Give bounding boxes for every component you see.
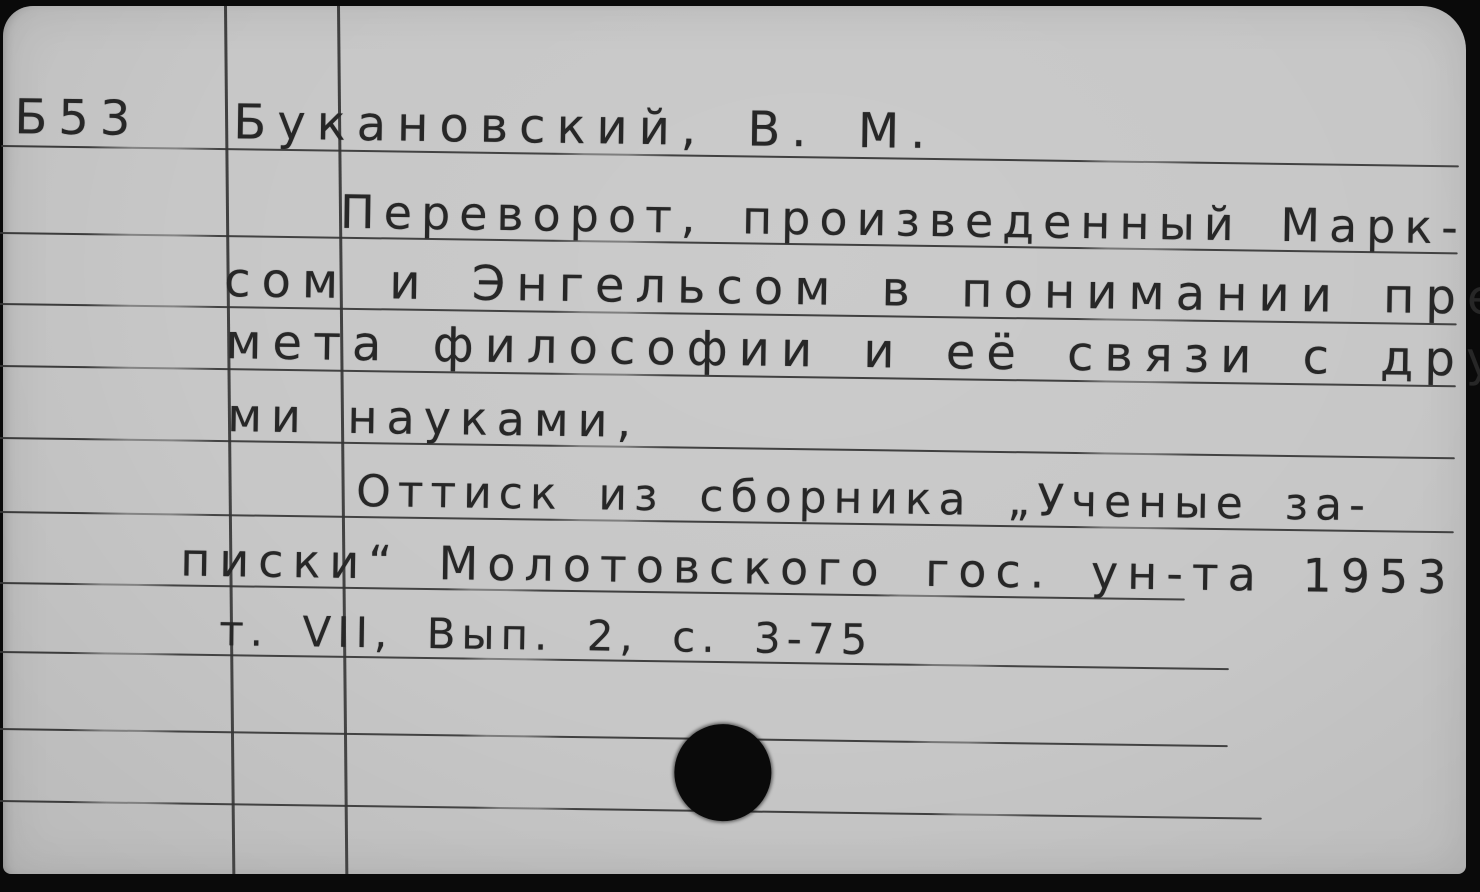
ruled-grid: Б53 Букановский, В. М. Переворот, произв… bbox=[0, 6, 1466, 892]
imprint-line-3: т. VII, Вып. 2, с. 3-75 bbox=[219, 610, 874, 661]
title-line-2: сом и Энгельсом в понимании пред- bbox=[224, 256, 1480, 323]
punch-hole bbox=[674, 723, 772, 821]
ruled-line bbox=[0, 437, 1455, 459]
title-line-1: Переворот, произведенный Марк- bbox=[340, 189, 1467, 251]
scanned-catalog-card-page: { "card": { "call_number": "Б53", "autho… bbox=[0, 0, 1480, 892]
call-number: Б53 bbox=[14, 93, 142, 143]
ruled-line bbox=[0, 728, 1228, 747]
ruled-line bbox=[0, 800, 1262, 820]
catalog-card: Б53 Букановский, В. М. Переворот, произв… bbox=[3, 6, 1466, 874]
imprint-line-2: писки“ Молотовского гос. ун-та 1953 bbox=[180, 537, 1456, 601]
title-line-3: мета философии и её связи с други- bbox=[225, 318, 1480, 385]
title-line-4: ми науками, bbox=[227, 392, 641, 444]
author-name: Букановский, В. М. bbox=[233, 98, 937, 156]
